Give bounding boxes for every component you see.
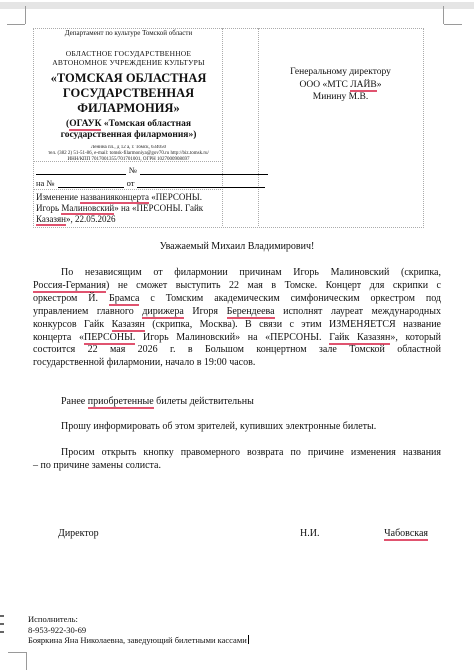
body-line: управлением главного дирижера Игоря Бере…: [33, 306, 441, 319]
body-line: – по причине замены солиста.: [33, 460, 441, 473]
org-address: Ленина пл., д 12 а, г. Томск, 634050 тел…: [37, 145, 220, 163]
reply-to-label: на №: [36, 178, 58, 188]
crop-mark-top-right: [444, 24, 462, 25]
department-line: Департамент по культуре Томской области: [37, 30, 220, 37]
crop-mark-top-left: [7, 24, 25, 25]
body-line: По независящим от филармонии причинам Иг…: [33, 267, 441, 280]
org-type-line: АВТОНОМНОЕ УЧРЕЖДЕНИЕ КУЛЬТУРЫ: [37, 58, 220, 67]
recipient-line: ООО «МТС ЛАЙВ»: [258, 79, 423, 92]
body-line: государственной филармонии, начало в 19:…: [33, 357, 441, 370]
org-name-line: ГОСУДАРСТВЕННАЯ: [37, 86, 220, 101]
org-short-name-line: (ОГАУК «Томская областная: [37, 119, 220, 130]
signature-position: Директор: [58, 528, 99, 539]
edge-mark: [0, 615, 4, 617]
crop-mark-top-right: [443, 6, 444, 24]
edge-mark: [0, 631, 4, 633]
reply-date-fill-line: [137, 177, 265, 188]
org-name-line: «ТОМСКАЯ ОБЛАСТНАЯ: [37, 71, 220, 86]
org-short-name-line: государственная филармония»): [37, 130, 220, 141]
text-cursor: [248, 635, 249, 644]
from-label: от: [124, 178, 138, 188]
letterhead: Департамент по культуре Томской области …: [37, 30, 220, 163]
executor-phone: 8-953-922-30-69: [28, 625, 249, 636]
executor-label: Исполнитель:: [28, 614, 249, 625]
body-paragraph: Ранее приобретенные билеты действительны: [33, 396, 441, 409]
date-fill-line: [36, 164, 126, 175]
edge-mark: [0, 623, 4, 625]
crop-mark-bottom-left: [26, 652, 27, 670]
body-line: Прошу информировать об этом зрителей, ку…: [33, 421, 441, 434]
subject-line: Игорь Малиновский» на «ПЕРСОНЫ. Гайк: [36, 203, 228, 214]
recipient-line: Минину М.В.: [258, 91, 423, 104]
reference-block: № на № от: [36, 163, 268, 189]
org-type-line: ОБЛАСТНОЕ ГОСУДАРСТВЕННОЕ: [37, 49, 220, 58]
crop-mark-bottom-left: [8, 652, 26, 653]
recipient-line: Генеральному директору: [258, 66, 423, 79]
number-label: №: [126, 165, 140, 175]
signature-row: Директор Н.И. Чабовская: [33, 528, 441, 544]
body-paragraph: По независящим от филармонии причинам Иг…: [33, 267, 441, 370]
body-line: конкурсов Гайк Казазян (скрипка, Москва)…: [33, 319, 441, 332]
document-page[interactable]: Департамент по культуре Томской области …: [0, 0, 474, 670]
body-line: состоится 22 мая 2026 г. в Большом конце…: [33, 344, 441, 357]
body-line: концерта «ПЕРСОНЫ. Игорь Малиновский» на…: [33, 332, 441, 345]
subject-block: Изменение названияконцерта «ПЕРСОНЫ. Иго…: [36, 192, 228, 225]
body-paragraph: Просим открыть кнопку правомерного возвр…: [33, 447, 441, 473]
signature-surname: Чабовская: [384, 528, 428, 539]
table-gridline: [258, 28, 259, 226]
executor-block: Исполнитель: 8-953-922-30-69 Бояркина Ян…: [28, 614, 249, 646]
salutation: Уважаемый Михаил Владимирович!: [33, 241, 441, 252]
signature-initials: Н.И.: [300, 528, 319, 539]
crop-mark-top-left: [25, 6, 26, 24]
body-line: Просим открыть кнопку правомерного возвр…: [33, 447, 441, 460]
body-line: Ранее приобретенные билеты действительны: [33, 396, 441, 409]
number-fill-line: [140, 164, 268, 175]
body-paragraph: Прошу информировать об этом зрителей, ку…: [33, 421, 441, 434]
body-line: оркестром Й. Брамса с Томским академичес…: [33, 293, 441, 306]
org-name-line: ФИЛАРМОНИЯ»: [37, 101, 220, 116]
subject-line: Изменение названияконцерта «ПЕРСОНЫ.: [36, 192, 228, 203]
executor-person: Бояркина Яна Николаевна, заведующий биле…: [28, 635, 249, 646]
table-gridline: [33, 189, 223, 190]
subject-line: Казазян», 22.05.2026: [36, 214, 228, 225]
recipient-block: Генеральному директору ООО «МТС ЛАЙВ» Ми…: [258, 66, 423, 104]
reply-number-fill-line: [58, 177, 124, 188]
body-line: Россия-Германия) не сможет выступить 22 …: [33, 280, 441, 293]
page-top-gap: [0, 2, 474, 9]
